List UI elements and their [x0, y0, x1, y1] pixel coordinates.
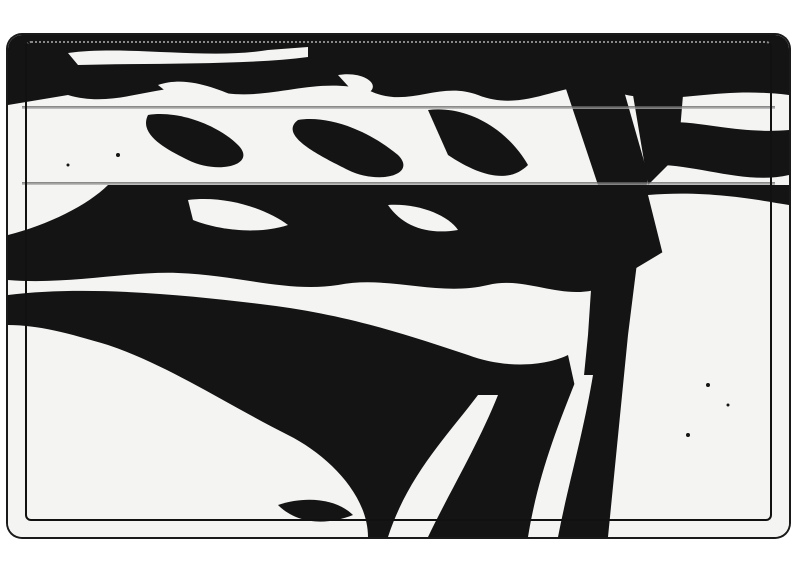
card-holder	[8, 35, 789, 537]
card-slot-1	[22, 106, 775, 109]
card-slot-2	[22, 182, 775, 185]
abstract-print	[8, 35, 789, 537]
